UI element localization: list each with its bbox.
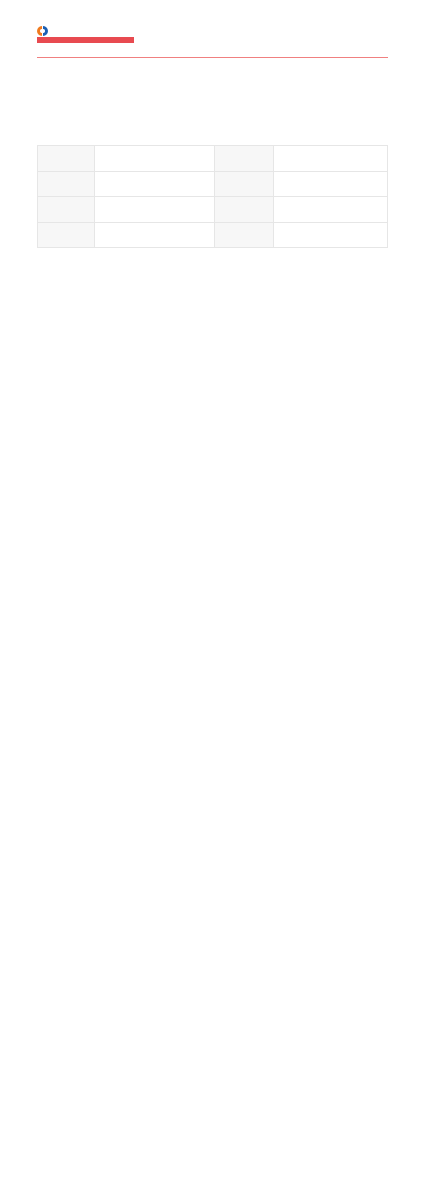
cell-label: [38, 222, 95, 248]
cell-value: [274, 146, 388, 172]
cell-label: [215, 197, 274, 223]
cell-label: [215, 222, 274, 248]
print-header-page-1: [0, 0, 424, 12]
cell-label: [38, 197, 95, 223]
table-row: [38, 171, 388, 197]
logo-slogan: [37, 37, 134, 43]
cell-value: [95, 222, 215, 248]
table-row: [38, 197, 388, 223]
logo-icon: [37, 26, 48, 36]
table-row: [38, 222, 388, 248]
cell-label: [38, 171, 95, 197]
cell-value: [95, 197, 215, 223]
cell-label: [215, 146, 274, 172]
cell-value: [274, 222, 388, 248]
article-meta: [38, 118, 62, 126]
cell-label: [215, 171, 274, 197]
cell-value: [95, 171, 215, 197]
header-divider: [37, 57, 388, 58]
cell-value: [95, 146, 215, 172]
table-row: [38, 146, 388, 172]
cell-value: [274, 171, 388, 197]
cell-value: [274, 197, 388, 223]
info-table: [37, 145, 388, 248]
cell-label: [38, 146, 95, 172]
